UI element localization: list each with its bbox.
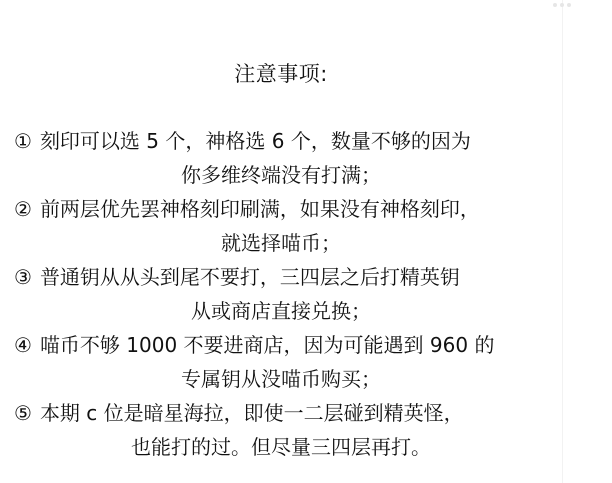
note-line-continued: 就选择喵币； [0,226,562,260]
page-title: 注意事项: [0,58,562,88]
note-line-continued: 从或商店直接兑换； [0,294,562,328]
note-line: ④喵币不够 1000 不要进商店，因为可能遇到 960 的 [0,328,562,362]
note-item: ②前两层优先罢神格刻印刷满，如果没有神格刻印， 就选择喵币； [0,192,562,260]
note-line: ②前两层优先罢神格刻印刷满，如果没有神格刻印， [0,192,562,226]
note-marker: ⑤ [14,401,32,425]
note-line-continued: 专属钥从没喵币购买； [0,362,562,396]
note-line: ③普通钥从从头到尾不要打，三四层之后打精英钥 [0,260,562,294]
note-text: 本期 c 位是暗星海拉，即使一二层碰到精英怪， [40,401,464,425]
note-text: 普通钥从从头到尾不要打，三四层之后打精英钥 [40,265,460,289]
note-text: 喵币不够 1000 不要进商店，因为可能遇到 960 的 [40,333,495,357]
dot [567,3,571,7]
more-horizontal-icon[interactable] [553,2,575,8]
note-text: 前两层优先罢神格刻印刷满，如果没有神格刻印， [40,197,480,221]
note-item: ⑤本期 c 位是暗星海拉，即使一二层碰到精英怪， 也能打的过。但尽量三四层再打。 [0,396,562,464]
note-marker: ② [14,197,32,221]
note-marker: ③ [14,265,32,289]
note-marker: ① [14,129,32,153]
note-line: ⑤本期 c 位是暗星海拉，即使一二层碰到精英怪， [0,396,562,430]
note-item: ③普通钥从从头到尾不要打，三四层之后打精英钥 从或商店直接兑换； [0,260,562,328]
note-item: ④喵币不够 1000 不要进商店，因为可能遇到 960 的 专属钥从没喵币购买； [0,328,562,396]
note-line-continued: 也能打的过。但尽量三四层再打。 [0,430,562,464]
note-line: ①刻印可以选 5 个，神格选 6 个，数量不够的因为 [0,124,562,158]
note-item: ①刻印可以选 5 个，神格选 6 个，数量不够的因为 你多维终端没有打满； [0,124,562,192]
note-line-continued: 你多维终端没有打满； [0,158,562,192]
note-marker: ④ [14,333,32,357]
page-divider [562,0,563,483]
note-text: 刻印可以选 5 个，神格选 6 个，数量不够的因为 [40,129,471,153]
dot [560,3,564,7]
dot [553,3,557,7]
notes-list: ①刻印可以选 5 个，神格选 6 个，数量不够的因为 你多维终端没有打满； ②前… [0,124,562,464]
